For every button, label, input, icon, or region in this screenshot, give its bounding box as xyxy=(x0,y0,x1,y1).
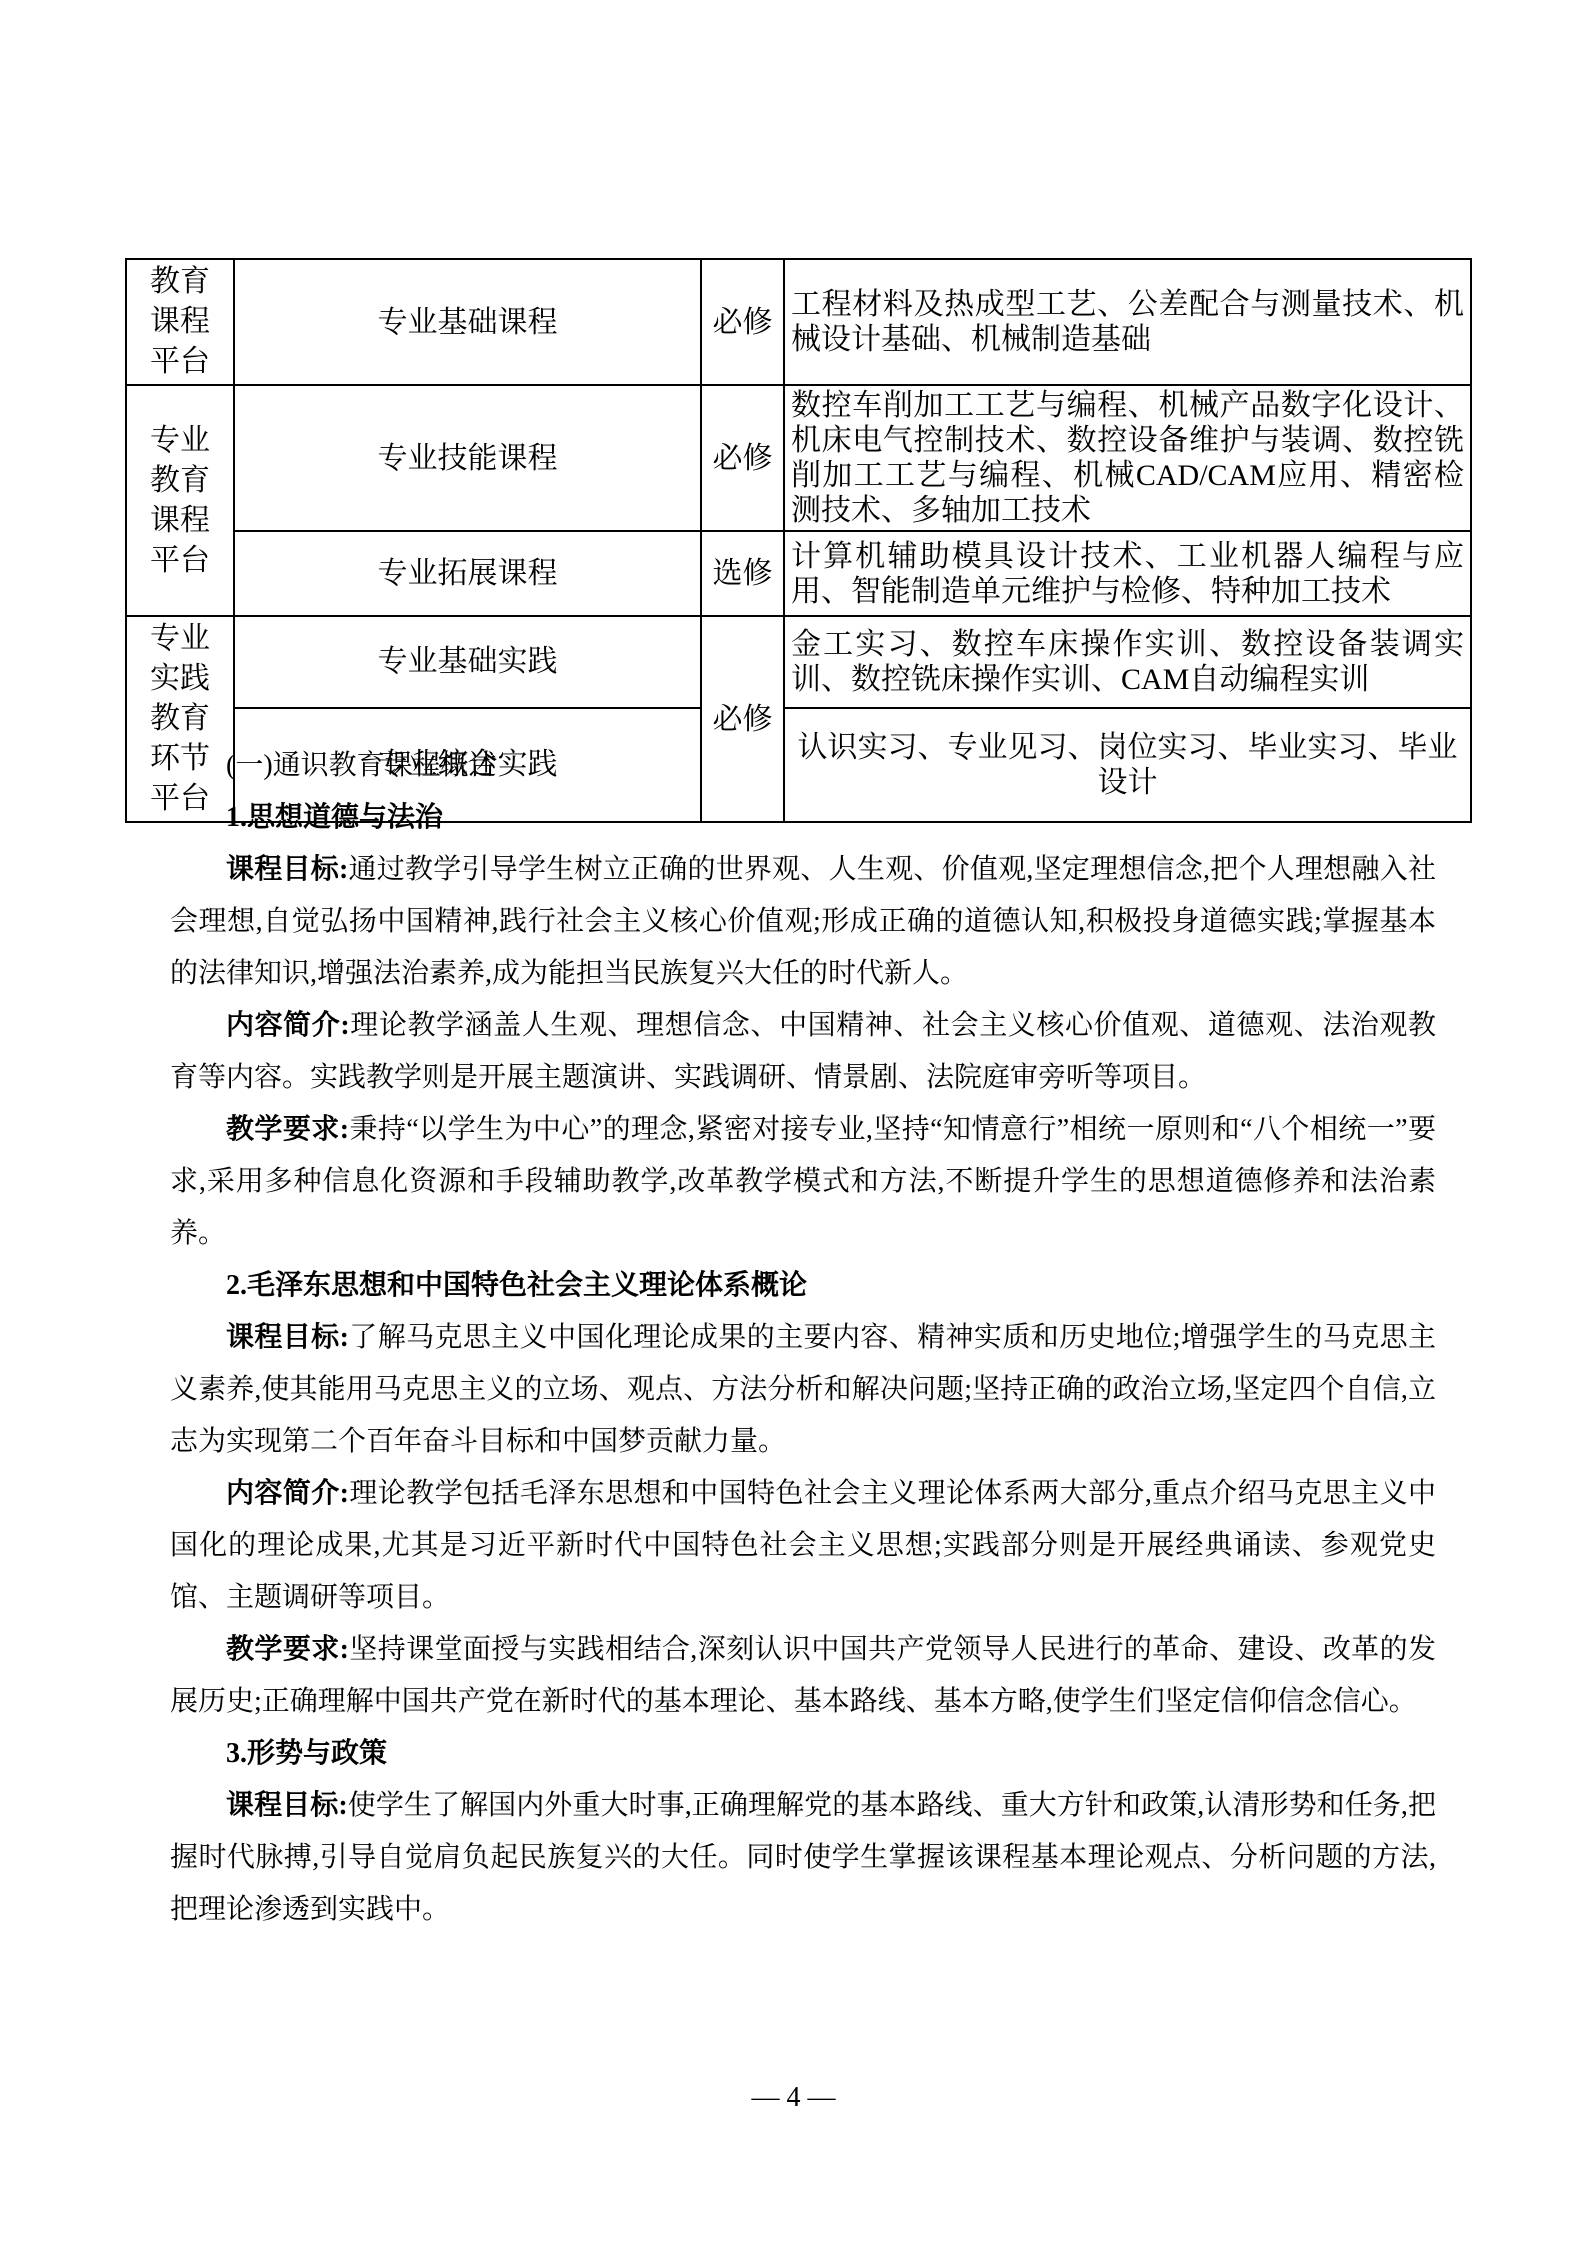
curriculum-table: 教育 课程 平台 专业基础课程 必修 工程材料及热成型工艺、公差配合与测量技术、… xyxy=(125,258,1472,823)
section-heading: (一)通识教育课程概述 xyxy=(170,740,1436,792)
paragraph: 课程目标:通过教学引导学生树立正确的世界观、人生观、价值观,坚定理想信念,把个人… xyxy=(170,844,1436,1000)
paragraph-text: 了解马克思主义中国化理论成果的主要内容、精神实质和历史地位;增强学生的马克思主义… xyxy=(170,1322,1436,1457)
course-content-cell: 金工实习、数控车床操作实训、数控设备装调实训、数控铣床操作实训、CAM自动编程实… xyxy=(784,616,1471,708)
paragraph: 课程目标:使学生了解国内外重大时事,正确理解党的基本路线、重大方针和政策,认清形… xyxy=(170,1780,1436,1936)
paragraph: 教学要求:坚持课堂面授与实践相结合,深刻认识中国共产党领导人民进行的革命、建设、… xyxy=(170,1624,1436,1728)
paragraph-text: 秉持“以学生为中心”的理念,紧密对接专业,坚持“知情意行”相统一原则和“八个相统… xyxy=(170,1114,1436,1249)
course-content-cell: 计算机辅助模具设计技术、工业机器人编程与应用、智能制造单元维护与检修、特种加工技… xyxy=(784,531,1471,616)
course-content-cell: 工程材料及热成型工艺、公差配合与测量技术、机械设计基础、机械制造基础 xyxy=(784,259,1471,385)
document-body: (一)通识教育课程概述 1.思想道德与法治 课程目标:通过教学引导学生树立正确的… xyxy=(170,740,1436,1936)
requirement-cell: 必修 xyxy=(701,385,784,531)
table-row: 教育 课程 平台 专业基础课程 必修 工程材料及热成型工艺、公差配合与测量技术、… xyxy=(126,259,1471,385)
paragraph-label: 课程目标: xyxy=(226,1322,349,1353)
paragraph: 内容简介:理论教学包括毛泽东思想和中国特色社会主义理论体系两大部分,重点介绍马克… xyxy=(170,1468,1436,1624)
course-title-2: 2.毛泽东思想和中国特色社会主义理论体系概论 xyxy=(170,1260,1436,1312)
paragraph-label: 教学要求: xyxy=(226,1114,349,1145)
course-type-cell: 专业基础课程 xyxy=(234,259,701,385)
course-type-cell: 专业拓展课程 xyxy=(234,531,701,616)
paragraph-text: 使学生了解国内外重大时事,正确理解党的基本路线、重大方针和政策,认清形势和任务,… xyxy=(170,1790,1436,1925)
course-title-1: 1.思想道德与法治 xyxy=(170,792,1436,844)
course-type-cell: 专业技能课程 xyxy=(234,385,701,531)
requirement-cell: 必修 xyxy=(701,259,784,385)
table-row: 专业拓展课程 选修 计算机辅助模具设计技术、工业机器人编程与应用、智能制造单元维… xyxy=(126,531,1471,616)
paragraph: 课程目标:了解马克思主义中国化理论成果的主要内容、精神实质和历史地位;增强学生的… xyxy=(170,1312,1436,1468)
curriculum-table-container: 教育 课程 平台 专业基础课程 必修 工程材料及热成型工艺、公差配合与测量技术、… xyxy=(125,258,1470,823)
course-title-3: 3.形势与政策 xyxy=(170,1728,1436,1780)
paragraph-label: 内容简介: xyxy=(226,1010,350,1041)
table-row: 专业 实践 教育 环节 平台 专业基础实践 必修 金工实习、数控车床操作实训、数… xyxy=(126,616,1471,708)
course-type-cell: 专业基础实践 xyxy=(234,616,701,708)
paragraph-text: 理论教学包括毛泽东思想和中国特色社会主义理论体系两大部分,重点介绍马克思主义中国… xyxy=(170,1478,1436,1613)
platform-cell-education: 教育 课程 平台 xyxy=(126,259,234,385)
paragraph-label: 内容简介: xyxy=(226,1478,349,1509)
paragraph-text: 通过教学引导学生树立正确的世界观、人生观、价值观,坚定理想信念,把个人理想融入社… xyxy=(170,854,1436,989)
paragraph: 内容简介:理论教学涵盖人生观、理想信念、中国精神、社会主义核心价值观、道德观、法… xyxy=(170,1000,1436,1104)
table-row: 专业 教育 课程 平台 专业技能课程 必修 数控车削加工工艺与编程、机械产品数字… xyxy=(126,385,1471,531)
course-content-cell: 数控车削加工工艺与编程、机械产品数字化设计、机床电气控制技术、数控设备维护与装调… xyxy=(784,385,1471,531)
paragraph-label: 教学要求: xyxy=(226,1634,349,1665)
paragraph-text: 理论教学涵盖人生观、理想信念、中国精神、社会主义核心价值观、道德观、法治观教育等… xyxy=(170,1010,1436,1093)
paragraph-text: 坚持课堂面授与实践相结合,深刻认识中国共产党领导人民进行的革命、建设、改革的发展… xyxy=(170,1634,1436,1717)
paragraph: 教学要求:秉持“以学生为中心”的理念,紧密对接专业,坚持“知情意行”相统一原则和… xyxy=(170,1104,1436,1260)
paragraph-label: 课程目标: xyxy=(226,1790,348,1821)
paragraph-label: 课程目标: xyxy=(226,854,348,885)
page-number: — 4 — xyxy=(0,2082,1587,2114)
requirement-cell: 选修 xyxy=(701,531,784,616)
platform-cell-professional-education: 专业 教育 课程 平台 xyxy=(126,385,234,616)
